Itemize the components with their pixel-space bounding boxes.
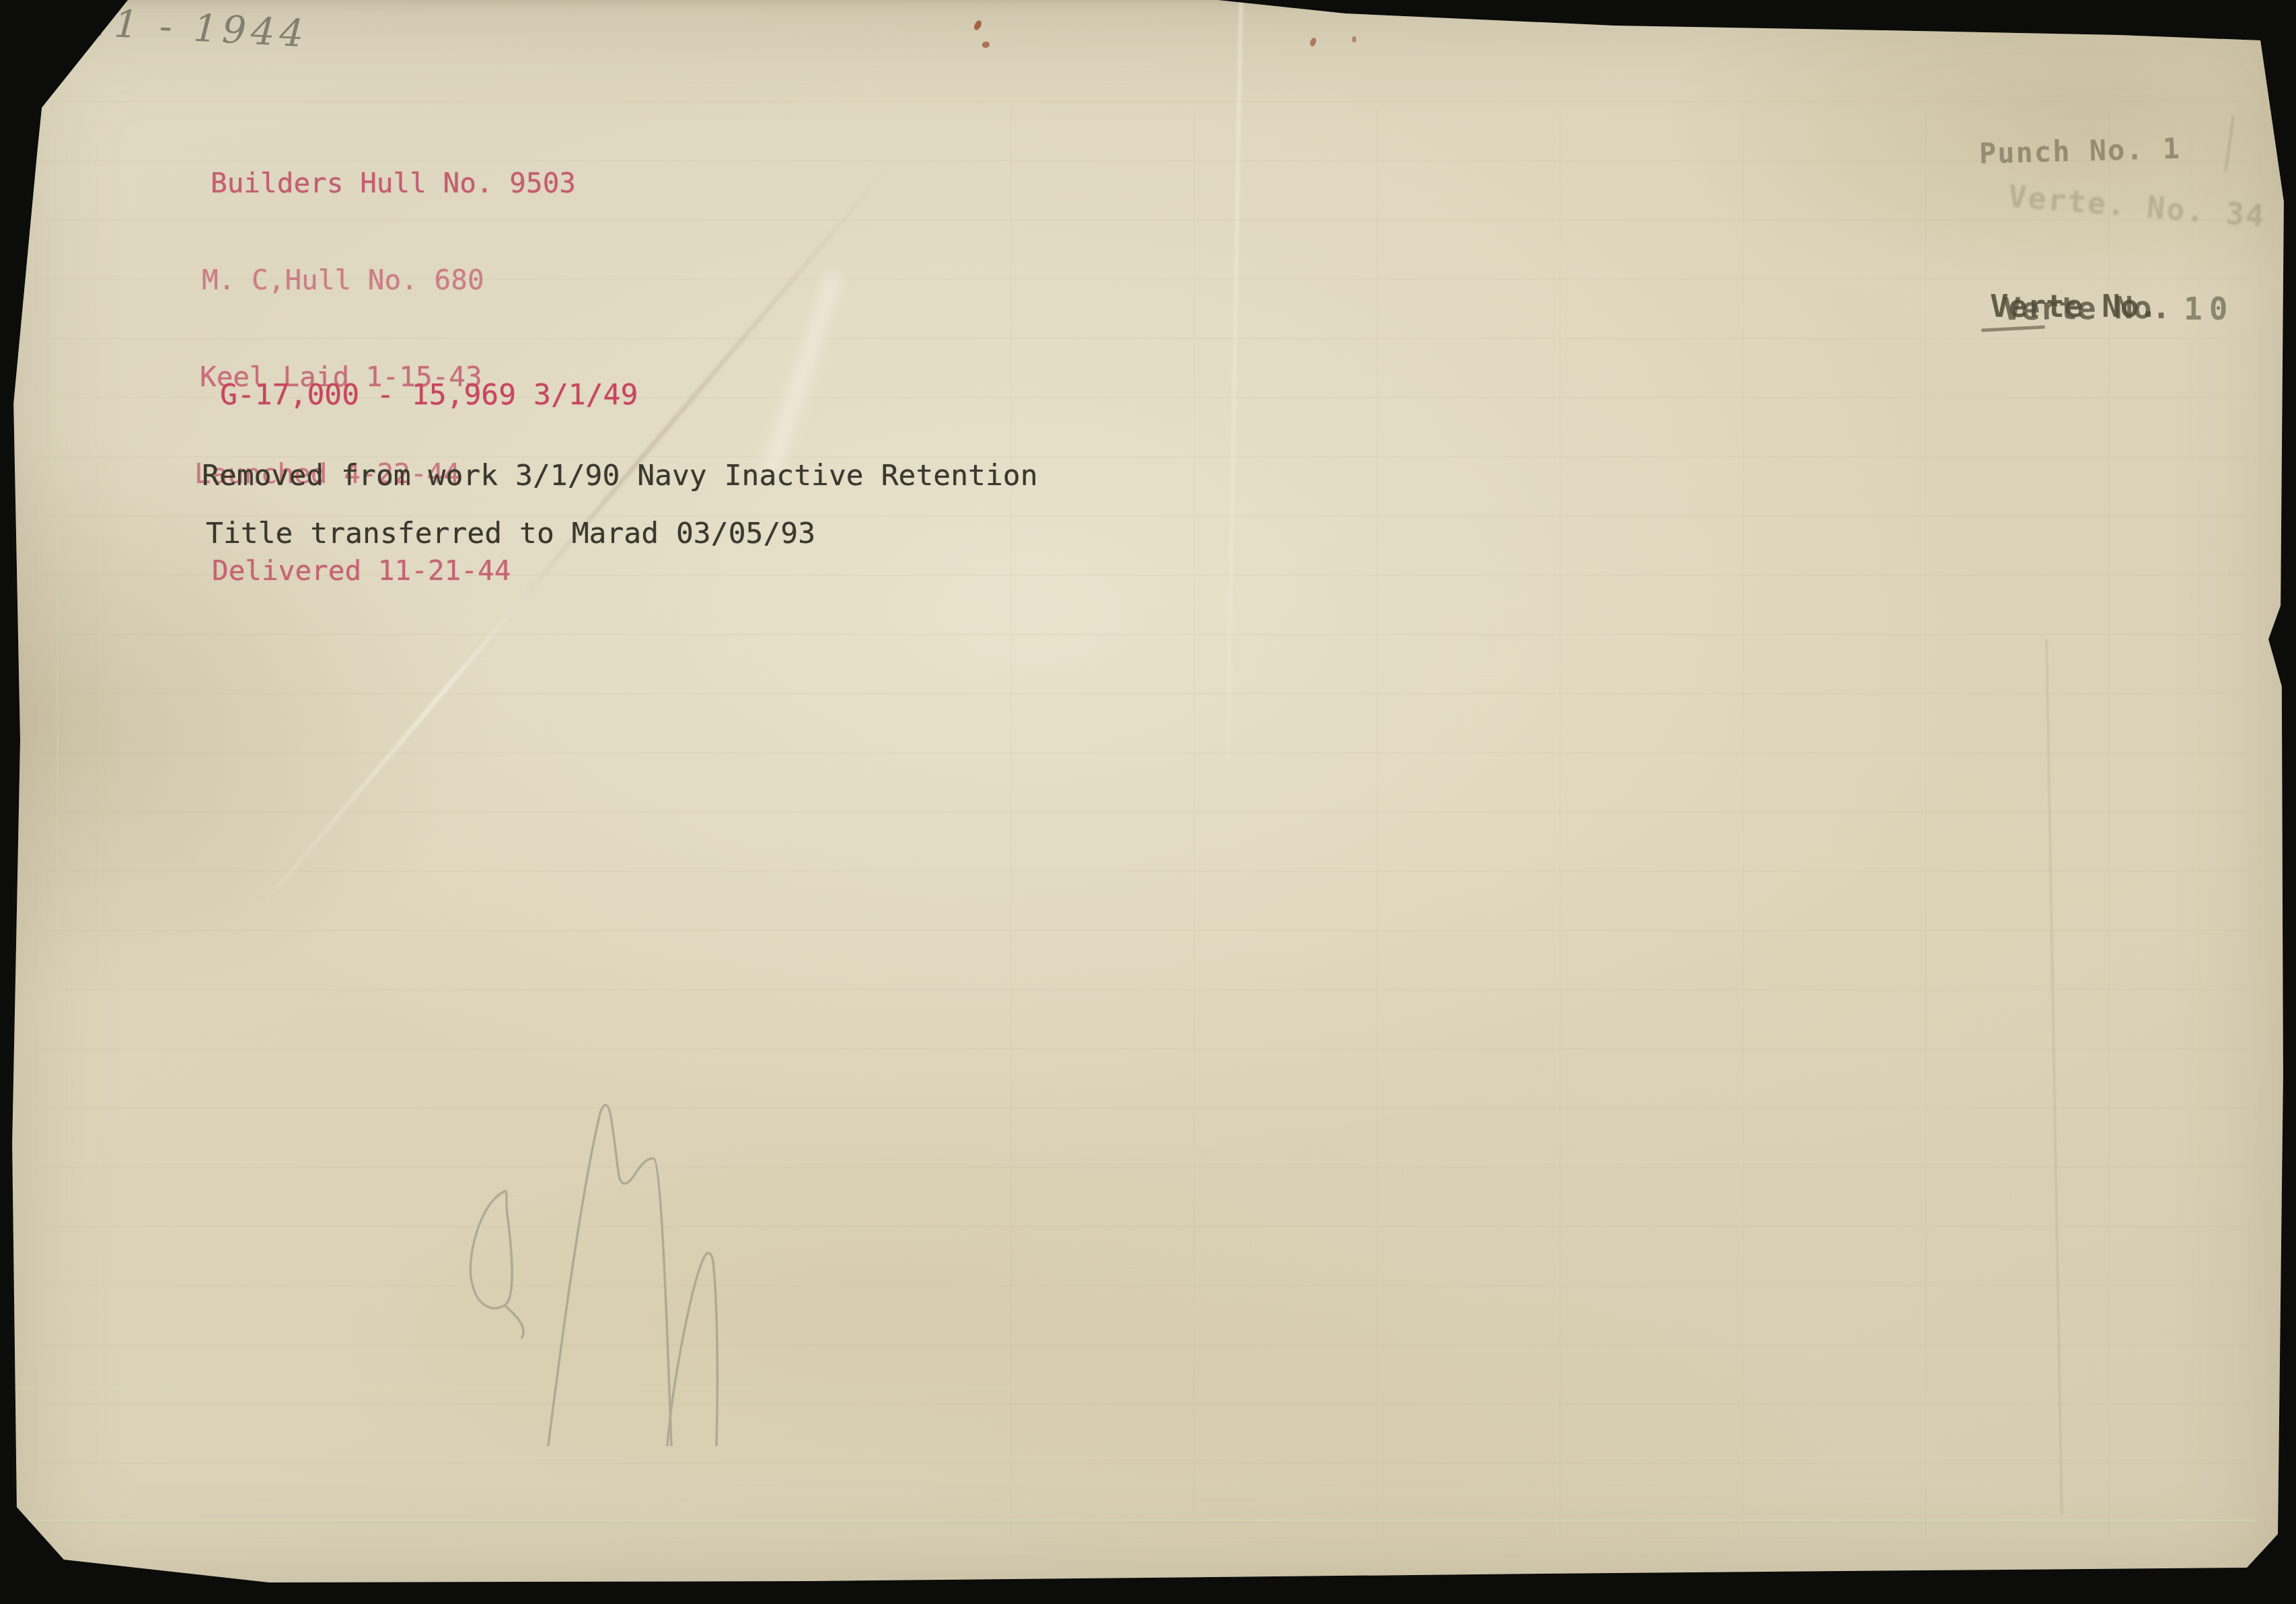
stamp-number: 10 <box>2184 291 2234 327</box>
record-line-delivered: Delivered 11-21-44 <box>212 554 576 587</box>
ship-record-block: Builders Hull No. 9503 M. C,Hull No. 680… <box>198 102 576 651</box>
rust-speck <box>973 20 983 31</box>
rust-speck <box>1352 36 1356 42</box>
record-line-builders-hull: Builders Hull No. 9503 <box>211 167 576 199</box>
scan-background: L 11 - 1944 Builders Hull No. 9503 M. C,… <box>0 0 2296 1604</box>
pencil-scribble <box>404 1077 1009 1453</box>
stamp-overstrike-word-ghost: Verte No. <box>2003 289 2171 328</box>
status-note-title-transfer: Title transferred to Marad 03/05/93 <box>206 517 815 550</box>
rust-speck <box>982 41 990 49</box>
green-rule-left <box>57 148 59 1023</box>
tonnage-note: G-17,000 - 15,969 3/1/49 <box>220 378 638 412</box>
rust-speck <box>1309 37 1317 47</box>
status-note-removed: Removed from work 3/1/90 Navy Inactive R… <box>202 459 1038 493</box>
record-line-mc-hull: M. C,Hull No. 680 <box>202 264 576 296</box>
stamp-punch-no: Punch No. 1 <box>1978 132 2181 170</box>
document-page: L 11 - 1944 Builders Hull No. 9503 M. C,… <box>0 0 2296 1604</box>
handwritten-note: L 11 - 1944 <box>38 0 309 56</box>
green-rule-bottom <box>27 1519 2256 1521</box>
